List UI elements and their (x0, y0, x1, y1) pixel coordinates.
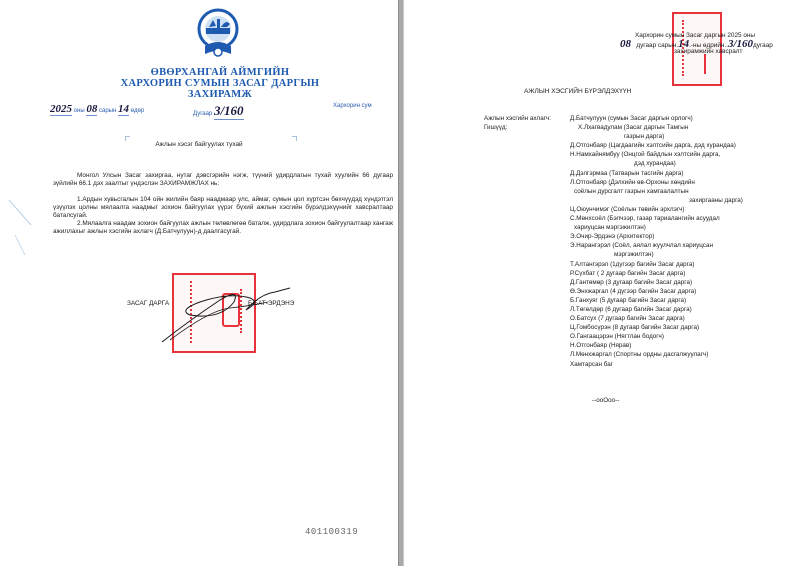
member-item: Н.Намхайнямбуу (Онцгой байдлын хэлтсийн … (484, 150, 804, 159)
member-item: Л.Мөнхжаргал (Спортны ордны дасгалжуулаг… (484, 350, 804, 359)
end-mark: --ooOoo-- (484, 396, 804, 405)
header-month: 08 (620, 38, 631, 50)
member-item: Д.Отгонбаяр (Цагдаагийн хэлтсийн дарга, … (484, 141, 804, 150)
place: Хархорин сум (333, 103, 372, 109)
member-item: Л.Төгөлдөр (6 дугаар багийн Засаг дарга) (484, 305, 804, 314)
clause-2: 2.Мялаалга наадам зохион байгуулах ажлын… (53, 220, 393, 236)
member-item: Ц.Оюунчимэг (Соёлын төвийн эрхлэгч) (484, 205, 804, 214)
member-item-continued: дэд хурандаа) (484, 159, 804, 168)
member-item: Д.Дэлгэрмаа (Татварын тасгийн дарга) (484, 169, 804, 178)
signature-icon (150, 280, 300, 350)
appendix-header-3: захирамжийн хавсралт (674, 48, 742, 57)
member-item: Х.Лхагвадулам (Засаг даргын Тамгын (570, 123, 688, 132)
members-row: Гишүүд: Х.Лхагвадулам (Засаг даргын Тамг… (484, 123, 804, 132)
decree-heading: ЗАХИРАМЖ (100, 89, 340, 100)
member-item: Р.Сүхбат ( 2 дугаар багийн Засаг дарга) (484, 269, 804, 278)
member-item: Н.Отгонбаяр (Нярав) (484, 341, 804, 350)
state-emblem-icon (197, 8, 239, 60)
member-item-continued: мэргэжилтэн) (484, 250, 804, 259)
member-item-continued: газрын дарга) (484, 132, 804, 141)
decree-number: Дугаар 3/160 (193, 103, 244, 120)
leader-row: Ажлын хэсгийн ахлагч: Д.Батчулуун (сумын… (484, 114, 804, 123)
member-item-continued: захиргааны дарга) (484, 196, 804, 205)
member-item: Б.Ганхуяг (5 дугаар багийн Засаг дарга) (484, 296, 804, 305)
member-item: Э.Нарангэрэл (Соёл, аялал жуулчлал хариу… (484, 241, 804, 250)
committee-list: Ажлын хэсгийн ахлагч: Д.Батчулуун (сумын… (484, 114, 804, 405)
member-item: Ц.Гомбосүрэн (8 дугаар багийн Засаг дарг… (484, 323, 804, 332)
leader-label: Ажлын хэсгийн ахлагч: (484, 114, 570, 123)
member-item: Ө.Энхжаргал (4 дүгээр багийн Засаг дарга… (484, 287, 804, 296)
member-item: Д.Гантөмөр (3 дугаар багийн Засаг дарга) (484, 278, 804, 287)
members-list: газрын дарга)Д.Отгонбаяр (Цагдаагийн хэл… (484, 132, 804, 368)
decree-title: Ажлын хэсэг байгуулах тухай (0, 141, 398, 148)
date-month-suffix: сарын (99, 108, 116, 114)
member-item: С.Мөнхсоёл (Бэлчээр, газар тариалангийн … (484, 214, 804, 223)
scan-mark-icon (5, 195, 35, 265)
header-line2-text: дугаар сарын. (636, 42, 678, 49)
decree-page: ӨВӨРХАНГАЙ АЙМГИЙН ХАРХОРИН СУМЫН ЗАСАГ … (0, 0, 398, 566)
decree-date: 2025 оны 08 сарын 14 өдөр (50, 103, 144, 116)
date-year: 2025 (50, 103, 72, 116)
preamble: Монгол Улсын Засаг захиргаа, нутаг дэвсг… (53, 172, 393, 188)
org-line-2: ХАРХОРИН СУМЫН ЗАСАГ ДАРГЫН (100, 78, 340, 89)
date-year-suffix: оны (74, 108, 85, 114)
appendix-page: Хархорин сумын Засаг даргын 2025 оны 08 … (404, 0, 804, 566)
member-item-continued: хариуцсан мэргэжилтэн) (484, 223, 804, 232)
decree-body: Монгол Улсын Засаг захиргаа, нутаг дэвсг… (53, 172, 393, 236)
clause-1: 1.Ардын хувьсгалын 104 ойн жилийн баяр н… (53, 196, 393, 220)
serial-number: 401100319 (305, 527, 358, 537)
org-line-1: ӨВӨРХАНГАЙ АЙМГИЙН (100, 67, 340, 78)
date-day-suffix: өдөр (131, 108, 145, 114)
number-value: 3/160 (214, 103, 244, 120)
member-item: О.Гангаацэрэн (Нягтлан бодогч) (484, 332, 804, 341)
members-label: Гишүүд: (484, 123, 570, 132)
member-item: Т.Алтангэрэл (1дүгээр багийн Засаг дарга… (484, 260, 804, 269)
header-line2-text: дугаар (753, 42, 773, 49)
date-day: 14 (118, 103, 129, 116)
leader-name: Д.Батчулуун (сумын Засаг даргын орлогч) (570, 114, 693, 123)
date-month: 08 (86, 103, 97, 116)
member-item: О.Батсух (7 дугаар багийн Засаг дарга) (484, 314, 804, 323)
member-item: Л.Отгонбаяр (Дэлхийн өв-Орхоны хөндийн (484, 178, 804, 187)
member-item: Э.Очир-Эрдэнэ (Архитектор) (484, 232, 804, 241)
appendix-title: АЖЛЫН ХЭСГИЙН БҮРЭЛДЭХҮҮН (524, 88, 631, 95)
member-item: Хамтарсан баг (484, 360, 804, 369)
member-item-continued: соёлын дурсгалт газрын хамгаалалтын (484, 187, 804, 196)
number-label: Дугаар (193, 111, 212, 117)
